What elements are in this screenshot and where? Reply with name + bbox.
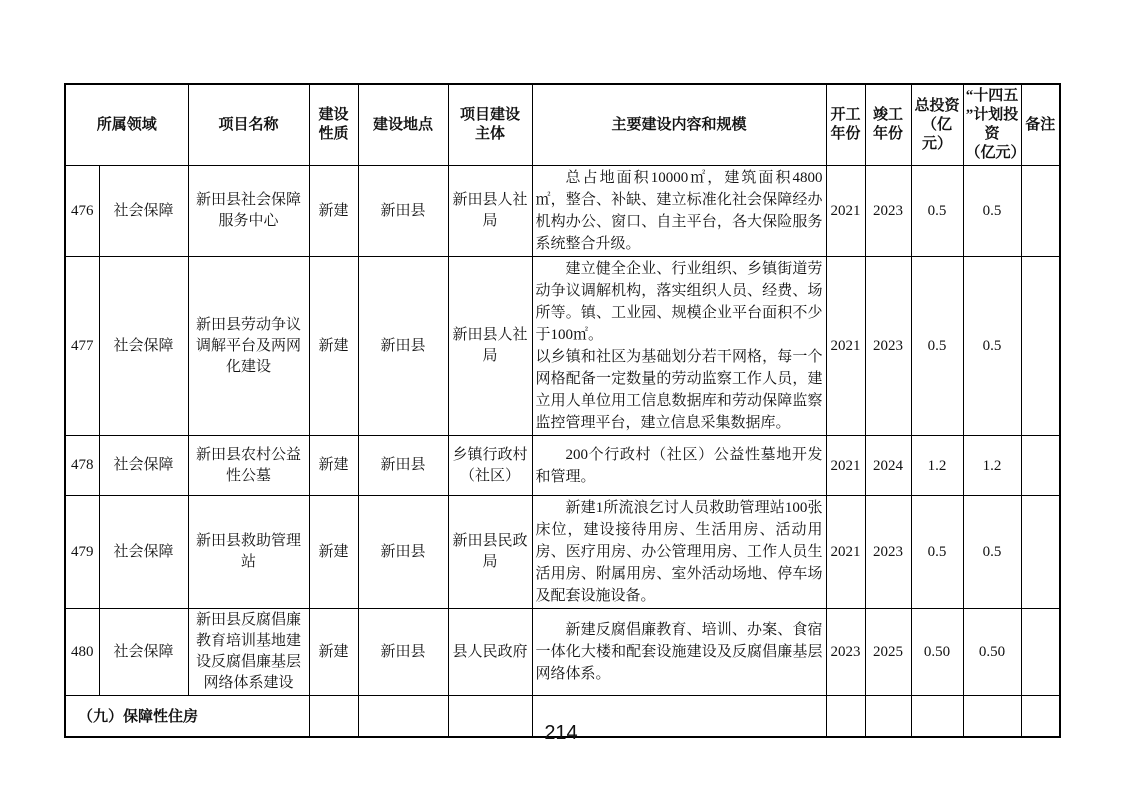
cell-plan-investment: 0.5	[963, 166, 1021, 257]
projects-table: 所属领域 项目名称 建设 性质 建设地点 项目建设 主体 主要建设内容和规模 开…	[64, 83, 1061, 738]
cell-entity: 新田县民政局	[448, 496, 532, 609]
cell-project-name: 新田县劳动争议调解平台及两网化建设	[188, 257, 309, 436]
cell-start-year: 2021	[826, 496, 865, 609]
cell-project-name: 新田县救助管理站	[188, 496, 309, 609]
cell-end-year: 2023	[865, 496, 911, 609]
table-row: 479 社会保障 新田县救助管理站 新建 新田县 新田县民政局 新建1所流浪乞讨…	[65, 496, 1060, 609]
table-row: 477 社会保障 新田县劳动争议调解平台及两网化建设 新建 新田县 新田县人社局…	[65, 257, 1060, 436]
cell-content: 建立健全企业、行业组织、乡镇街道劳动争议调解机构，落实组织人员、经费、场所等。镇…	[532, 257, 826, 436]
cell-note	[1021, 166, 1060, 257]
cell-plan-investment: 0.5	[963, 257, 1021, 436]
cell-plan-investment: 1.2	[963, 436, 1021, 496]
col-header-end-year: 竣工 年份	[865, 84, 911, 166]
col-header-note: 备注	[1021, 84, 1060, 166]
cell-nature: 新建	[309, 436, 358, 496]
cell-entity: 新田县人社局	[448, 166, 532, 257]
page-number: 214	[0, 722, 1122, 745]
cell-project-name: 新田县社会保障服务中心	[188, 166, 309, 257]
cell-start-year: 2021	[826, 166, 865, 257]
cell-project-name: 新田县农村公益性公墓	[188, 436, 309, 496]
cell-domain: 社会保障	[99, 496, 188, 609]
cell-content: 总占地面积10000㎡，建筑面积4800㎡，整合、补缺、建立标准化社会保障经办机…	[532, 166, 826, 257]
cell-location: 新田县	[358, 257, 448, 436]
col-header-entity: 项目建设 主体	[448, 84, 532, 166]
col-header-content: 主要建设内容和规模	[532, 84, 826, 166]
content-paragraph: 200个行政村（社区）公益性墓地开发和管理。	[536, 444, 823, 488]
col-header-domain: 所属领域	[65, 84, 188, 166]
content-paragraph: 建立健全企业、行业组织、乡镇街道劳动争议调解机构，落实组织人员、经费、场所等。镇…	[536, 258, 823, 346]
table-row: 478 社会保障 新田县农村公益性公墓 新建 新田县 乡镇行政村（社区） 200…	[65, 436, 1060, 496]
cell-content: 新建反腐倡廉教育、培训、办案、食宿一体化大楼和配套设施建设及反腐倡廉基层网络体系…	[532, 609, 826, 696]
cell-domain: 社会保障	[99, 257, 188, 436]
content-paragraph: 总占地面积10000㎡，建筑面积4800㎡，整合、补缺、建立标准化社会保障经办机…	[536, 167, 823, 255]
col-header-start-year: 开工 年份	[826, 84, 865, 166]
cell-note	[1021, 609, 1060, 696]
cell-entity: 县人民政府	[448, 609, 532, 696]
cell-note	[1021, 257, 1060, 436]
cell-start-year: 2021	[826, 257, 865, 436]
cell-plan-investment: 0.50	[963, 609, 1021, 696]
cell-row-id: 480	[65, 609, 99, 696]
table-row: 476 社会保障 新田县社会保障服务中心 新建 新田县 新田县人社局 总占地面积…	[65, 166, 1060, 257]
cell-entity: 乡镇行政村（社区）	[448, 436, 532, 496]
cell-row-id: 478	[65, 436, 99, 496]
col-header-location: 建设地点	[358, 84, 448, 166]
cell-total-investment: 0.50	[911, 609, 963, 696]
cell-end-year: 2024	[865, 436, 911, 496]
cell-domain: 社会保障	[99, 609, 188, 696]
cell-row-id: 477	[65, 257, 99, 436]
cell-entity: 新田县人社局	[448, 257, 532, 436]
cell-location: 新田县	[358, 609, 448, 696]
content-paragraph: 新建反腐倡廉教育、培训、办案、食宿一体化大楼和配套设施建设及反腐倡廉基层网络体系…	[536, 619, 823, 685]
cell-location: 新田县	[358, 166, 448, 257]
cell-total-investment: 1.2	[911, 436, 963, 496]
cell-start-year: 2023	[826, 609, 865, 696]
cell-location: 新田县	[358, 436, 448, 496]
cell-location: 新田县	[358, 496, 448, 609]
cell-end-year: 2025	[865, 609, 911, 696]
cell-note	[1021, 496, 1060, 609]
header-row: 所属领域 项目名称 建设 性质 建设地点 项目建设 主体 主要建设内容和规模 开…	[65, 84, 1060, 166]
col-header-plan-investment: “十四五 ”计划投 资 （亿元）	[963, 84, 1021, 166]
cell-nature: 新建	[309, 609, 358, 696]
cell-note	[1021, 436, 1060, 496]
content-paragraph: 以乡镇和社区为基础划分若干网格，每一个网格配备一定数量的劳动监察工作人员，建立用…	[536, 346, 823, 434]
content-paragraph: 新建1所流浪乞讨人员救助管理站100张床位，建设接待用房、生活用房、活动用房、医…	[536, 497, 823, 607]
cell-end-year: 2023	[865, 257, 911, 436]
cell-content: 200个行政村（社区）公益性墓地开发和管理。	[532, 436, 826, 496]
cell-start-year: 2021	[826, 436, 865, 496]
cell-total-investment: 0.5	[911, 166, 963, 257]
cell-domain: 社会保障	[99, 436, 188, 496]
table-row: 480 社会保障 新田县反腐倡廉教育培训基地建设反腐倡廉基层网络体系建设 新建 …	[65, 609, 1060, 696]
cell-row-id: 479	[65, 496, 99, 609]
cell-domain: 社会保障	[99, 166, 188, 257]
cell-total-investment: 0.5	[911, 496, 963, 609]
cell-content: 新建1所流浪乞讨人员救助管理站100张床位，建设接待用房、生活用房、活动用房、医…	[532, 496, 826, 609]
cell-nature: 新建	[309, 496, 358, 609]
document-page: 所属领域 项目名称 建设 性质 建设地点 项目建设 主体 主要建设内容和规模 开…	[0, 0, 1122, 793]
cell-plan-investment: 0.5	[963, 496, 1021, 609]
cell-row-id: 476	[65, 166, 99, 257]
col-header-project-name: 项目名称	[188, 84, 309, 166]
col-header-nature: 建设 性质	[309, 84, 358, 166]
cell-total-investment: 0.5	[911, 257, 963, 436]
col-header-total-investment: 总投资 （亿 元）	[911, 84, 963, 166]
cell-project-name: 新田县反腐倡廉教育培训基地建设反腐倡廉基层网络体系建设	[188, 609, 309, 696]
cell-end-year: 2023	[865, 166, 911, 257]
cell-nature: 新建	[309, 166, 358, 257]
cell-nature: 新建	[309, 257, 358, 436]
